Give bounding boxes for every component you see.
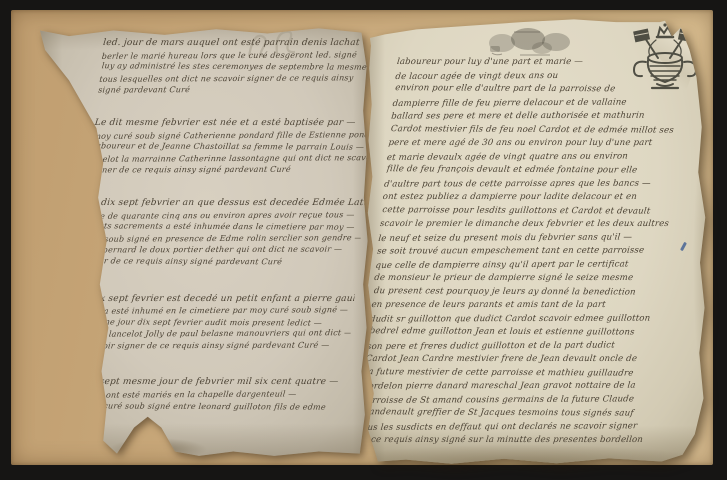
- manuscript-text-line: pere et mere agé de 30 ans ou environ po…: [388, 137, 712, 151]
- manuscript-text-line: scavoir le premier le dimanche deux febv…: [379, 218, 703, 232]
- manuscript-text-line: d'aultre part tous de cette parroisse ap…: [383, 177, 707, 192]
- left-page-text: led. jour de mars auquel ont esté parrai…: [64, 38, 381, 412]
- burial-entry-paragraph: Le dix sept febvrier an que dessus est d…: [80, 198, 365, 268]
- manuscript-text-line: ballard ses pere et mere et delle author…: [390, 109, 714, 124]
- manuscript-text-line: environ pour elle d'aultre part de la pa…: [394, 82, 718, 97]
- left-page-wrapper: led. jour de mars auquel ont esté parrai…: [28, 24, 370, 458]
- manuscript-text-line: Le dix sept mesme jour de febvrier mil s…: [67, 377, 346, 389]
- manuscript-text-line: se soit trouvé aucun empeschement tant e…: [376, 244, 700, 259]
- manuscript-text-line: son pere et freres dudict guillotton et …: [366, 339, 691, 354]
- manuscript-text-line: Le dit mesme febvrier est née et a esté …: [94, 118, 373, 130]
- manuscript-text-line: jeandenault greffier de St Jacques tesmo…: [360, 406, 684, 421]
- manuscript-text-line: signer de ce requis ainsy signé pardevan…: [81, 255, 360, 268]
- manuscript-text-line: de scavoir signer de ce requis ainsy sig…: [71, 339, 350, 352]
- manuscript-text-line: cette parroisse pour lesdits guillottons…: [382, 204, 706, 219]
- manuscript-text-line: Le dix sept febvrier an que dessus est d…: [86, 198, 365, 210]
- manuscript-text-line: de monsieur le prieur de dampierre signé…: [373, 272, 697, 286]
- right-page-wrapper: laboureur pour luy d'une part et marie —…: [364, 14, 714, 466]
- manuscript-text-line: Cardot Jean Cardre mestivier frere de Je…: [365, 353, 689, 367]
- manuscript-text-line: Cardot mestivier fils de feu noel Cardot…: [390, 123, 714, 138]
- manuscript-text-line: led. jour de mars auquel ont esté parrai…: [102, 38, 381, 50]
- manuscript-text-line: dudit sr guillotton que dudict Cardot sc…: [369, 312, 693, 327]
- right-manuscript-page: laboureur pour luy d'une part et marie —…: [364, 14, 714, 466]
- right-page-text: laboureur pour luy d'une part et marie —…: [356, 56, 720, 448]
- manuscript-text-line: par moy curé soub signé entre leonard gu…: [65, 400, 344, 413]
- manuscript-text-line: laboureur pour luy d'une part et marie —: [396, 56, 720, 70]
- manuscript-text-line: signer de ce requis ainsy signé pardevan…: [89, 164, 368, 177]
- manuscript-text-line: de ce requis ainsy signé sur la minutte …: [356, 434, 680, 448]
- manuscript-text-line: tous les susdicts en deffaut qui ont dec…: [358, 420, 683, 435]
- burial-entry-paragraph: led. jour de mars auquel ont esté parrai…: [98, 38, 382, 96]
- manuscript-text-line: Le dix sept fevrier est decedé un petit …: [76, 294, 355, 306]
- baptism-entry-paragraph: Le dit mesme febvrier est née et a esté …: [89, 118, 373, 176]
- manuscript-text-line: signé pardevant Curé: [98, 84, 377, 97]
- manuscript-text-line: la future mestivier de cette parroisse e…: [365, 366, 689, 381]
- burial-entry-paragraph: Le dix sept fevrier est decedé un petit …: [71, 294, 355, 352]
- manuscript-text-line: en presence de leurs parants et amis tan…: [371, 299, 695, 313]
- manuscript-text-line: fille de feu françois devault et edmée f…: [386, 163, 710, 178]
- left-manuscript-page: led. jour de mars auquel ont esté parrai…: [28, 24, 370, 458]
- faded-stamp-icon: [484, 26, 584, 60]
- manuscript-text-line: ont estez publiez a dampierre pour ladit…: [382, 191, 706, 205]
- manuscript-text-line: bordelon pierre danard mareschal Jean gr…: [362, 379, 686, 394]
- manuscript-text-line: que celle de dampierre ainsy qu'il apert…: [375, 258, 700, 273]
- archival-manuscript-scan: led. jour de mars auquel ont esté parrai…: [0, 0, 727, 480]
- marriage-entry-paragraph: Le dix sept mesme jour de febvrier mil s…: [64, 377, 346, 412]
- manuscript-text-line: bedrel edme guillotton Jean et louis et …: [369, 325, 693, 340]
- manuscript-text-line: du present cest pourquoy je leurs ay don…: [373, 285, 697, 300]
